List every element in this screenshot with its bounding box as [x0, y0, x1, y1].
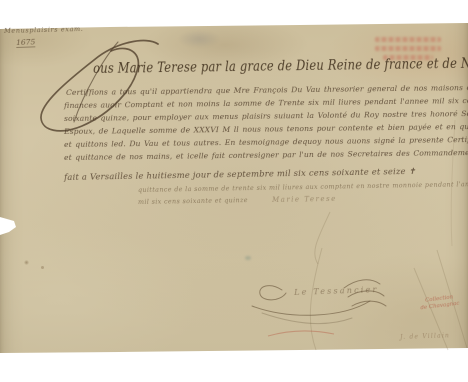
stamp-text-bar	[375, 37, 441, 42]
scanned-manuscript-page: Menusplaisirs exam. 1675 ous Marie T	[0, 0, 468, 382]
queen-signature: Marie Terese	[272, 195, 337, 204]
stamp-text-bar	[375, 46, 441, 51]
ink-smudge	[245, 256, 251, 260]
parchment-speck	[41, 266, 44, 269]
parchment-speck	[24, 260, 29, 265]
archival-note-year: 1675	[16, 37, 35, 48]
faded-gray-stamp	[178, 30, 220, 48]
